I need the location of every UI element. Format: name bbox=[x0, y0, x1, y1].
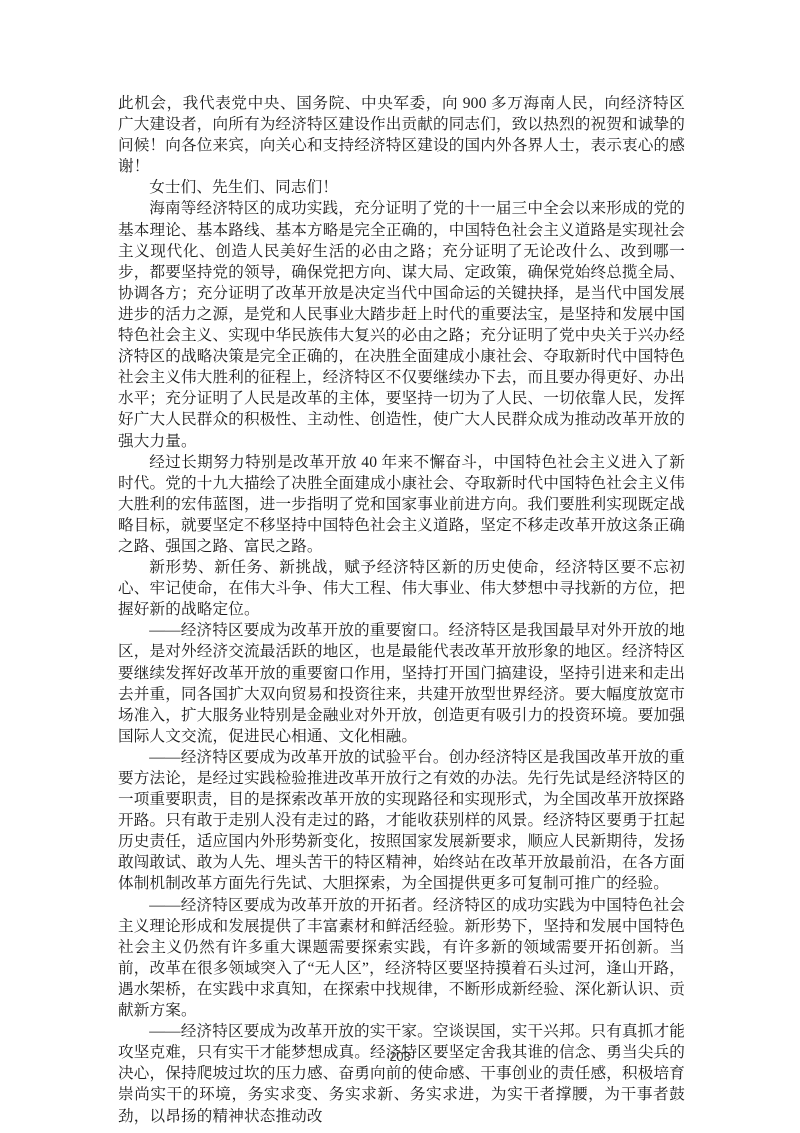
body-paragraph-6-window: ——经济特区要成为改革开放的重要窗口。经济特区是我国最早对外开放的地区，是对外经… bbox=[118, 620, 685, 747]
document-page: 此机会，我代表党中央、国务院、中央军委，向 900 多万海南人民，向经济特区广大… bbox=[0, 0, 800, 1133]
body-paragraph-7-test-platform: ——经济特区要成为改革开放的试验平台。创办经济特区是我国改革开放的重要方法论，是… bbox=[118, 747, 685, 895]
body-paragraph-4: 经过长期努力特别是改革开放 40 年来不懈奋斗，中国特色社会主义进入了新时代。党… bbox=[118, 452, 685, 557]
body-paragraph-3: 海南等经济特区的成功实践，充分证明了党的十一届三中全会以来形成的党的基本理论、基… bbox=[118, 198, 685, 451]
body-paragraph-1: 此机会，我代表党中央、国务院、中央军委，向 900 多万海南人民，向经济特区广大… bbox=[118, 93, 685, 177]
body-paragraph-8-pioneer: ——经济特区要成为改革开放的开拓者。经济特区的成功实践为中国特色社会主义理论形成… bbox=[118, 895, 685, 1022]
page-footer: 203 bbox=[0, 1048, 800, 1066]
body-paragraph-9-doer: ——经济特区要成为改革开放的实干家。空谈误国，实干兴邦。只有真抓才能攻坚克难，只… bbox=[118, 1021, 685, 1126]
body-paragraph-2-salutation: 女士们、先生们、同志们！ bbox=[118, 177, 685, 198]
page-number: 203 bbox=[390, 1050, 411, 1064]
body-paragraph-5: 新形势、新任务、新挑战，赋予经济特区新的历史使命，经济特区要不忘初心、牢记使命，… bbox=[118, 557, 685, 620]
text-block: 此机会，我代表党中央、国务院、中央军委，向 900 多万海南人民，向经济特区广大… bbox=[118, 93, 685, 1127]
